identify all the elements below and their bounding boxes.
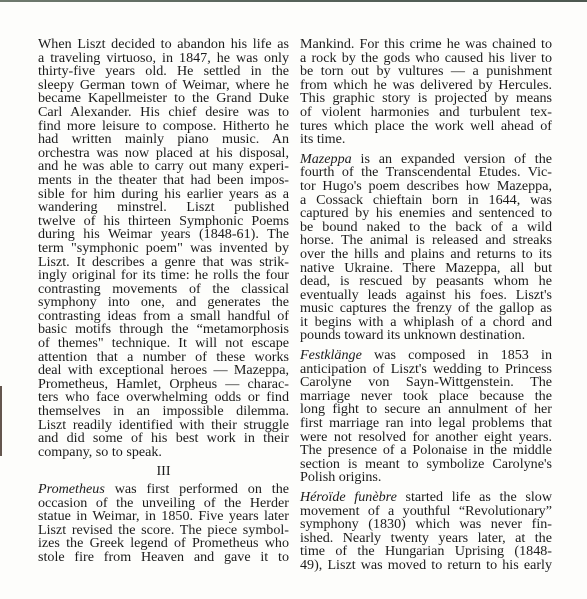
section-numeral: III xyxy=(38,465,289,479)
intro-paragraph: When Liszt decided to abandon his life a… xyxy=(38,38,289,459)
text-line: company, so to speak. xyxy=(38,446,289,460)
right-column: Mankind. For this crime he was chained t… xyxy=(300,38,552,573)
text-line: pounds toward its unknown destination. xyxy=(300,329,552,343)
booklet-page: When Liszt decided to abandon his life a… xyxy=(0,0,587,599)
mankind-paragraph: Mankind. For this crime he was chained t… xyxy=(300,38,552,147)
heroide-paragraph: Héroïde funèbre started life as the slow… xyxy=(300,491,552,573)
text-line: its time. xyxy=(300,133,552,147)
left-column: When Liszt decided to abandon his life a… xyxy=(38,38,289,565)
text-line: 49), Liszt was moved to return to his ea… xyxy=(300,559,552,573)
festklange-paragraph: Festklänge was composed in 1853 in antic… xyxy=(300,349,552,485)
mazeppa-paragraph: Mazeppa is an expanded version of the fo… xyxy=(300,153,552,343)
scan-top-edge xyxy=(0,0,587,2)
text-line: Polish origins. xyxy=(300,471,552,485)
text-line: stole fire from Heaven and gave it to xyxy=(38,551,289,565)
binding-mark xyxy=(0,386,7,456)
prometheus-paragraph: Prometheus was first performed on the oc… xyxy=(38,483,289,565)
